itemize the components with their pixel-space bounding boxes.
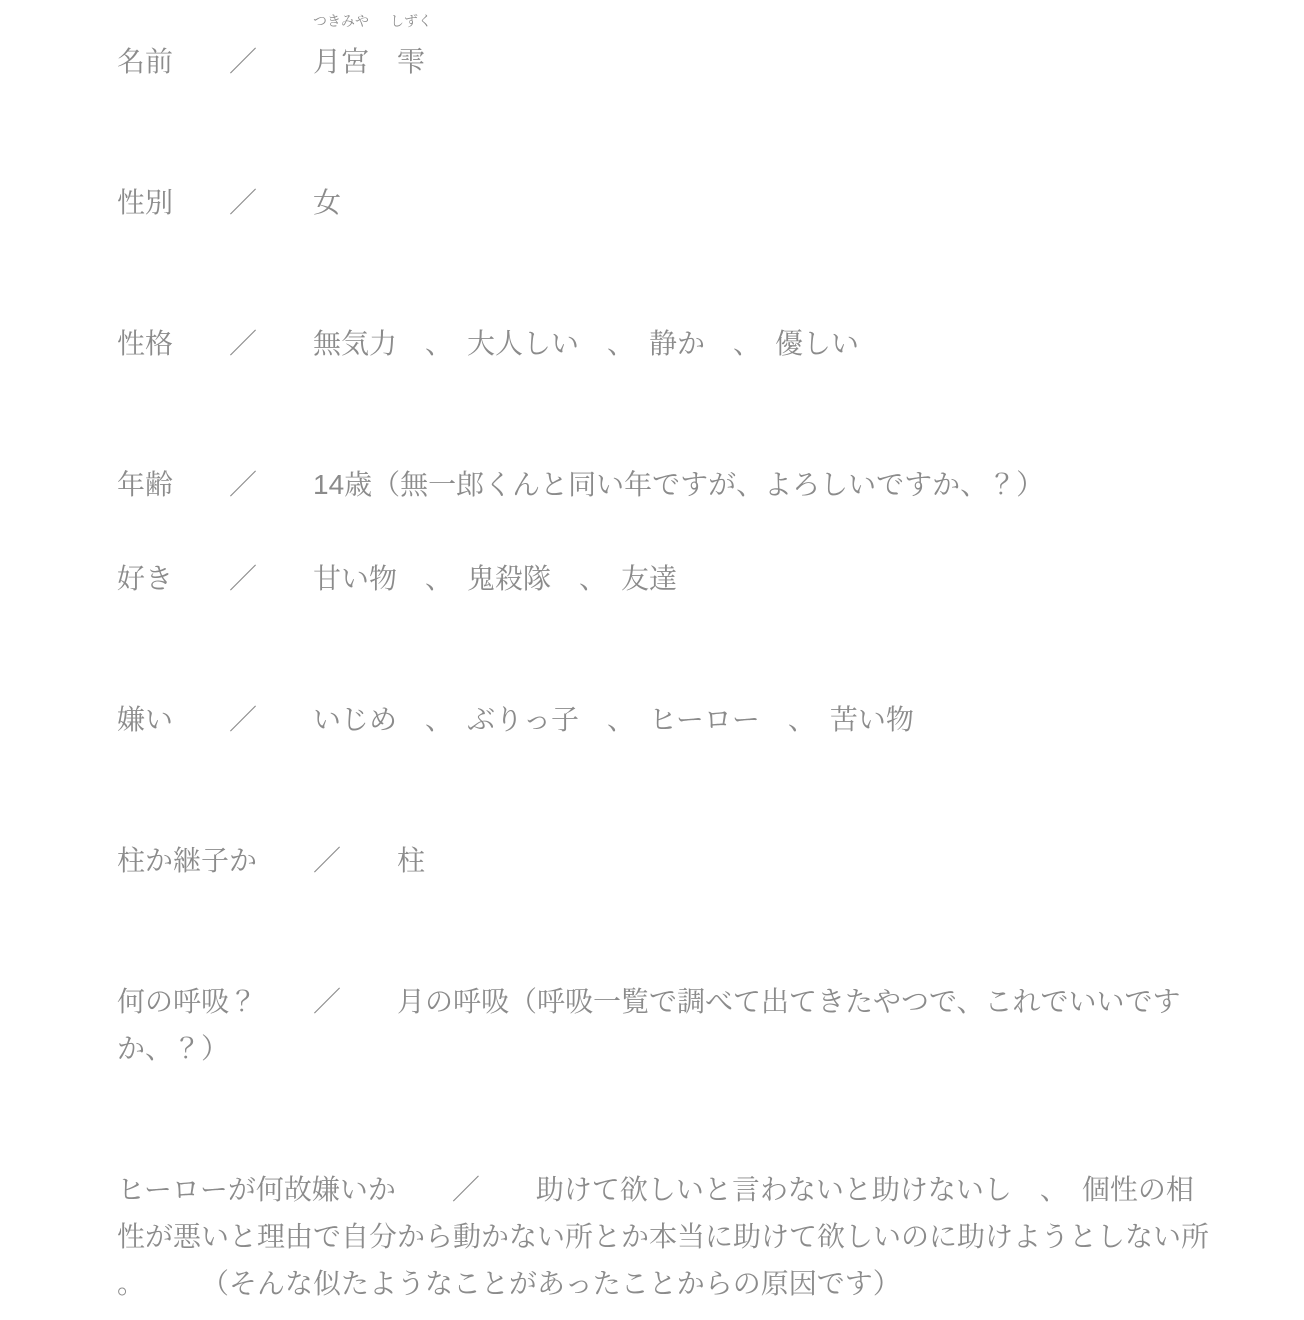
personality-line: 性格 ／ 無気力 、 大人しい 、 静か 、 優しい bbox=[117, 320, 1214, 367]
field-row-breathing-style: 何の呼吸？ ／ 月の呼吸（呼吸一覧で調べて出てきたやつで、これでいいです か、？… bbox=[117, 978, 1214, 1072]
field-row-personality: 性格 ／ 無気力 、 大人しい 、 静か 、 優しい bbox=[117, 320, 1214, 367]
field-row-why-hates-heroes: ヒーローが何故嫌いか ／ 助けて欲しいと言わないと助けないし 、 個性の相 性が… bbox=[117, 1166, 1214, 1307]
hero-reason-line-1: ヒーローが何故嫌いか ／ 助けて欲しいと言わないと助けないし 、 個性の相 bbox=[117, 1166, 1214, 1213]
breathing-line-2: か、？） bbox=[117, 1025, 1214, 1072]
family-name-text: 月宮 bbox=[313, 46, 369, 77]
age-line: 年齢 ／ 14歳（無一郎くんと同い年ですが、よろしいですか、？） bbox=[117, 461, 1214, 508]
given-name: 雫しずく bbox=[397, 38, 425, 85]
given-name-text: 雫 bbox=[397, 46, 425, 77]
name-label-and-separator: 名前 ／ bbox=[117, 46, 313, 77]
hero-reason-line-2: 性が悪いと理由で自分から動かない所とか本当に助けて欲しいのに助けようとしない所 bbox=[117, 1213, 1214, 1260]
family-name: 月宮つきみや bbox=[313, 38, 369, 85]
field-row-age: 年齢 ／ 14歳（無一郎くんと同い年ですが、よろしいですか、？） bbox=[117, 461, 1214, 508]
given-name-furigana: しずく bbox=[390, 14, 432, 28]
dislikes-line: 嫌い ／ いじめ 、 ぶりっ子 、 ヒーロー 、 苦い物 bbox=[117, 696, 1214, 743]
gender-line: 性別 ／ 女 bbox=[117, 179, 1214, 226]
family-name-furigana: つきみや bbox=[313, 14, 369, 28]
likes-line: 好き ／ 甘い物 、 鬼殺隊 、 友達 bbox=[117, 555, 1214, 602]
breathing-line-1: 何の呼吸？ ／ 月の呼吸（呼吸一覧で調べて出てきたやつで、これでいいです bbox=[117, 978, 1214, 1025]
field-row-hashira-or-tsuguko: 柱か継子か ／ 柱 bbox=[117, 837, 1214, 884]
field-row-dislikes: 嫌い ／ いじめ 、 ぶりっ子 、 ヒーロー 、 苦い物 bbox=[117, 696, 1214, 743]
field-row-likes: 好き ／ 甘い物 、 鬼殺隊 、 友達 bbox=[117, 555, 1214, 602]
hero-reason-line-3: 。 （そんな似たようなことがあったことからの原因です） bbox=[117, 1260, 1214, 1307]
hashira-line: 柱か継子か ／ 柱 bbox=[117, 837, 1214, 884]
name-line: 名前 ／ 月宮つきみや 雫しずく bbox=[117, 38, 1214, 85]
field-row-gender: 性別 ／ 女 bbox=[117, 179, 1214, 226]
character-profile-document: 名前 ／ 月宮つきみや 雫しずく 性別 ／ 女 性格 ／ 無気力 、 大人しい … bbox=[0, 0, 1304, 1320]
name-spacer bbox=[369, 46, 397, 77]
field-row-name: 名前 ／ 月宮つきみや 雫しずく bbox=[117, 38, 1214, 85]
